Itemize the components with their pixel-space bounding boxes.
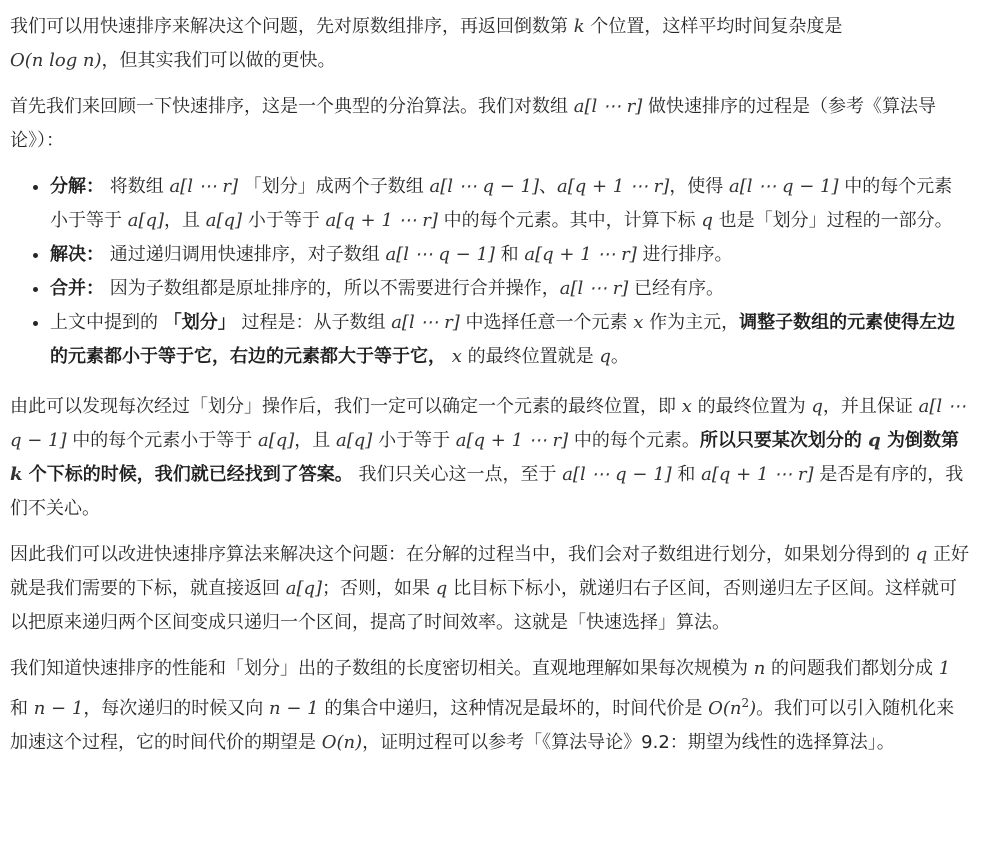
label-conquer: 解决： <box>50 244 104 265</box>
math: k <box>10 464 22 485</box>
text: 的问题我们都划分成 <box>765 658 938 679</box>
math: a[l ⋯ q − 1] <box>562 464 671 485</box>
text: ，使得 <box>669 176 729 197</box>
text: 的集合中递归，这种情况是最坏的，时间代价是 <box>319 698 708 719</box>
text: 和 <box>672 464 701 485</box>
list-item-combine: 合并： 因为子数组都是原址排序的，所以不需要进行合并操作，a[l ⋯ r] 已经… <box>50 272 970 306</box>
text: ；否则，如果 <box>322 578 436 599</box>
text: 我们可以用快速排序来解决这个问题，先对原数组排序，再返回倒数第 <box>10 16 574 37</box>
text: ，并且保证 <box>823 396 919 417</box>
text: 的最终位置为 <box>692 396 811 417</box>
math: a[q + 1 ⋯ r] <box>326 210 438 231</box>
math: a[q + 1 ⋯ r] <box>557 176 669 197</box>
math: a[q] <box>128 210 164 231</box>
math: n <box>754 658 766 679</box>
math: x <box>633 312 643 333</box>
math: O(n) <box>322 732 362 753</box>
text: 由此可以发现每次经过「划分」操作后，我们一定可以确定一个元素的最终位置，即 <box>10 396 682 417</box>
list-item-divide: 分解： 将数组 a[l ⋯ r] 「划分」成两个子数组 a[l ⋯ q − 1]… <box>50 170 970 238</box>
math: a[l ⋯ q − 1] <box>385 244 494 265</box>
bold-text: 为倒数第 <box>881 430 959 451</box>
text: 个位置，这样平均时间复杂度是 <box>585 16 843 37</box>
text: 因此我们可以改进快速排序算法来解决这个问题：在分解的过程当中，我们会对子数组进行… <box>10 544 916 565</box>
label-combine: 合并： <box>50 278 104 299</box>
math: q <box>811 396 823 417</box>
paragraph-observation: 由此可以发现每次经过「划分」操作后，我们一定可以确定一个元素的最终位置，即 x … <box>10 390 970 526</box>
math: a[q] <box>286 578 322 599</box>
math: x <box>452 346 462 367</box>
math: a[l ⋯ q − 1] <box>430 176 539 197</box>
math: a[l ⋯ r] <box>391 312 460 333</box>
paragraph-quickselect: 因此我们可以改进快速排序算法来解决这个问题：在分解的过程当中，我们会对子数组进行… <box>10 538 970 640</box>
text: ，且 <box>164 210 206 231</box>
math: a[q + 1 ⋯ r] <box>456 430 568 451</box>
text: 进行排序。 <box>637 244 733 265</box>
text: 小于等于 <box>372 430 455 451</box>
math: a[l ⋯ r] <box>169 176 238 197</box>
math: n − 1 <box>34 698 84 719</box>
math: q <box>436 578 448 599</box>
math: a[q] <box>336 430 372 451</box>
math: n − 1 <box>269 698 319 719</box>
math: a[q + 1 ⋯ r] <box>524 244 636 265</box>
text: 首先我们来回顾一下快速排序，这是一个典型的分治算法。我们对数组 <box>10 96 574 117</box>
bold-text: 个下标的时候，我们就已经找到了答案。 <box>22 464 352 485</box>
math: a[l ⋯ r] <box>560 278 629 299</box>
text: 我们只关心这一点，至于 <box>353 464 562 485</box>
text: 、 <box>539 176 557 197</box>
list-item-partition: 上文中提到的 「划分」 过程是：从子数组 a[l ⋯ r] 中选择任意一个元素 … <box>50 306 970 374</box>
paragraph-performance: 我们知道快速排序的性能和「划分」出的子数组的长度密切相关。直观地理解如果每次规模… <box>10 652 970 760</box>
math: q <box>868 430 881 451</box>
text: 上文中提到的 <box>50 312 164 333</box>
text: 因为子数组都是原址排序的，所以不需要进行合并操作， <box>104 278 560 299</box>
text: 中的每个元素小于等于 <box>67 430 258 451</box>
math-superscript: 2 <box>741 696 749 710</box>
text: 作为主元， <box>643 312 739 333</box>
text: ，证明过程可以参考「《算法导论》9.2：期望为线性的选择算法」。 <box>362 732 895 753</box>
math: a[q + 1 ⋯ r] <box>701 464 813 485</box>
math: a[q] <box>258 430 294 451</box>
math-k: k <box>574 16 585 37</box>
text: 中选择任意一个元素 <box>460 312 633 333</box>
math: 1 <box>939 658 950 679</box>
text: ，但其实我们可以做的更快。 <box>102 50 336 71</box>
text: 和 <box>495 244 524 265</box>
text: 和 <box>10 698 34 719</box>
paragraph-intro: 我们可以用快速排序来解决这个问题，先对原数组排序，再返回倒数第 k 个位置，这样… <box>10 10 970 78</box>
math: a[l ⋯ q − 1] <box>729 176 838 197</box>
math-array: a[l ⋯ r] <box>574 96 643 117</box>
math: q <box>916 544 928 565</box>
math: a[q] <box>206 210 242 231</box>
divide-conquer-list: 分解： 将数组 a[l ⋯ r] 「划分」成两个子数组 a[l ⋯ q − 1]… <box>10 170 970 374</box>
math-worst-case: O(n2) <box>708 698 756 719</box>
text: ，每次递归的时候又向 <box>83 698 269 719</box>
text: 通过递归调用快速排序，对子数组 <box>104 244 385 265</box>
text: 已经有序。 <box>628 278 724 299</box>
article-body: 我们可以用快速排序来解决这个问题，先对原数组排序，再返回倒数第 k 个位置，这样… <box>0 10 980 760</box>
math: q <box>599 346 611 367</box>
list-item-conquer: 解决： 通过递归调用快速排序，对子数组 a[l ⋯ q − 1] 和 a[q +… <box>50 238 970 272</box>
text: 我们知道快速排序的性能和「划分」出的子数组的长度密切相关。直观地理解如果每次规模… <box>10 658 754 679</box>
text: 中的每个元素。其中，计算下标 <box>438 210 701 231</box>
math: O(n <box>708 698 741 719</box>
paragraph-quicksort-review: 首先我们来回顾一下快速排序，这是一个典型的分治算法。我们对数组 a[l ⋯ r]… <box>10 90 970 158</box>
math: q <box>701 210 713 231</box>
text: 过程是：从子数组 <box>236 312 391 333</box>
bold-text: 「划分」 <box>164 312 236 333</box>
text: 「划分」成两个子数组 <box>238 176 429 197</box>
text: 。 <box>611 346 629 367</box>
bold-text: 所以只要某次划分的 <box>700 430 868 451</box>
label-divide: 分解： <box>50 176 104 197</box>
text: 小于等于 <box>242 210 325 231</box>
text: 也是「划分」过程的一部分。 <box>713 210 953 231</box>
text: ，且 <box>294 430 336 451</box>
math: x <box>682 396 692 417</box>
text: 的最终位置就是 <box>462 346 599 367</box>
math-complexity: O(n log n) <box>10 50 102 71</box>
text: 将数组 <box>104 176 169 197</box>
text: 中的每个元素。 <box>568 430 700 451</box>
